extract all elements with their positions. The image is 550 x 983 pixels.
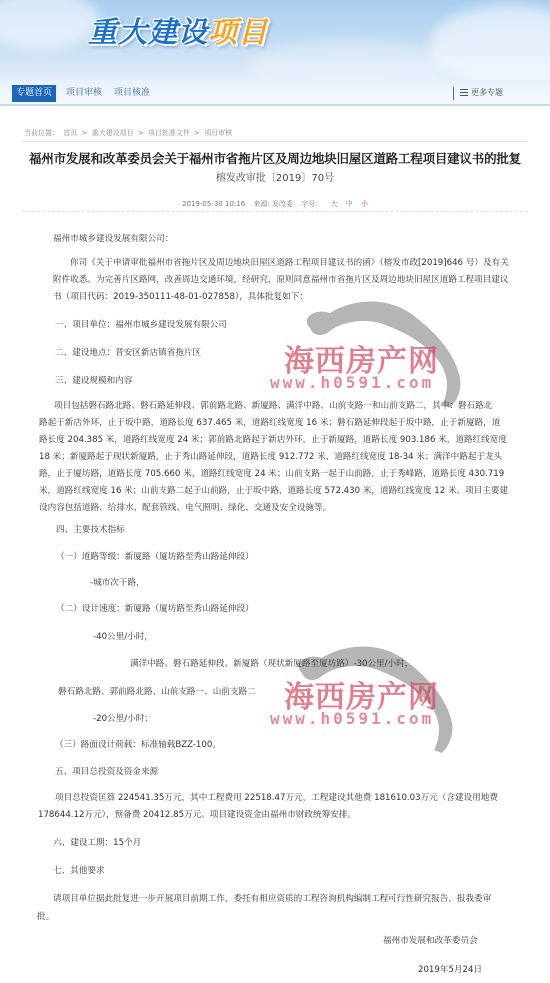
- logo-text-part1: 重大建设: [88, 15, 208, 49]
- font-size-label: 字号：: [301, 200, 322, 208]
- intro-line-1: 你司《关于申请审批福州市省拖片区及周边地块旧屋区道路工程项目建议书的函》（榕发市…: [70, 255, 509, 272]
- watermark-house-icon: [262, 628, 462, 758]
- section-scope-heading: 三、建设规模和内容: [55, 373, 132, 390]
- tech-design-speed-value: -40公里/小时，: [93, 629, 153, 646]
- scope-line-1: 项目包括磐石路北路、磐石路延伸段、郭前路北路、新厦路、满洋中路、山前支路一和山前…: [54, 398, 492, 415]
- breadcrumb-divider: [22, 141, 528, 142]
- section-investment-heading: 五、项目总投资及资金来源: [55, 764, 158, 781]
- nav-item-topic-home[interactable]: 专题首页: [12, 85, 56, 102]
- scope-line-6: 米，道路红线宽度 16 米；山前支路二起于山前路，止于坂中路，道路长度 572.…: [39, 483, 508, 500]
- tech-design-speed: （二）设计速度：新厦路（厦坊路至秀山路延伸段）: [56, 601, 254, 618]
- publish-datetime: 2019-05-30 10:16: [182, 200, 245, 208]
- investment-line-1: 项目总投资匡算 224541.35万元，其中工程费用 22518.47万元，工程…: [55, 790, 498, 807]
- tech-design-speed-value3: -20公里/小时；: [93, 711, 153, 728]
- menu-icon: [460, 89, 468, 96]
- breadcrumb-project-review[interactable]: 项目审核: [204, 129, 232, 137]
- scope-line-4: 18 米；新厦路起于现状新厦路，止于秀山路延伸段，道路长度 912.772 米，…: [39, 449, 502, 466]
- font-size-small[interactable]: 小: [361, 200, 368, 208]
- font-size-medium[interactable]: 中: [346, 200, 353, 208]
- tech-design-speed-line3: 磐石路北路、郭前路北路、山前支路一、山前支路二: [58, 684, 256, 701]
- meta-divider: [22, 211, 528, 212]
- requirement-line-1: 请项目单位据此批复进一步开展项目前期工作，委托有相应资质的工程咨询机构编制工程可…: [53, 891, 491, 908]
- nav-item-project-approval[interactable]: 项目核准: [110, 85, 154, 102]
- addressee: 福州市城乡建设发展有限公司：: [53, 231, 173, 248]
- scope-line-7: 设内容包括道路、给排水、配套管线、电气照明、绿化、交通及安全设施等。: [39, 500, 331, 517]
- signature-organization: 福州市发展和改革委员会: [383, 933, 478, 950]
- more-topics-button[interactable]: 更多专题: [460, 86, 503, 100]
- tech-design-speed-line2: 满洋中路、磐石路延伸段、新厦路（现状新厦路至厦坊路）-30公里/小时，: [130, 656, 413, 673]
- site-logo[interactable]: 重大建设项目: [88, 14, 268, 50]
- watermark-url: www.h0591.com: [270, 373, 434, 392]
- article-source: 来源: 发改委: [253, 200, 293, 208]
- section-other-requirements: 七、其他要求: [53, 863, 105, 880]
- breadcrumb-separator: >: [194, 129, 200, 137]
- scope-line-2: 路起于新店外环，止于坂中路，道路长度 637.465 米，道路红线宽度 16 米…: [39, 415, 500, 432]
- breadcrumb-major-projects[interactable]: 重大建设项目: [92, 129, 134, 137]
- watermark-url: www.h0591.com: [270, 709, 434, 728]
- logo-text-part2: 项目: [208, 15, 268, 49]
- cloud-decoration: [250, 40, 450, 80]
- article-title: 福州市发展和改革委员会关于福州市省拖片区及周边地块旧屋区道路工程项目建议书的批复: [0, 149, 550, 167]
- investment-line-2: 178644.12万元），预备费 20412.85万元。项目建设资金由福州市财政…: [38, 807, 356, 824]
- tech-pavement-load: （三）路面设计荷载：标准轴载BZZ-100。: [55, 737, 221, 754]
- breadcrumb: 当前位置： 首页 > 重大建设项目 > 项目批准文件 > 项目审核: [24, 128, 234, 138]
- section-project-unit: 一、项目单位：福州市城乡建设发展有限公司: [55, 317, 227, 334]
- more-topics-label: 更多专题: [471, 88, 503, 97]
- scope-line-5: 路，止于厦坊路，道路长度 705.660 米，道路红线宽度 24 米；山前支路一…: [39, 466, 504, 483]
- watermark-site-name: 海西房产网: [284, 672, 439, 716]
- tech-road-grade: （一）道路等级：新厦路（厦坊路至秀山路延伸段）: [56, 549, 254, 566]
- nav-item-project-review[interactable]: 项目审核: [62, 85, 106, 102]
- breadcrumb-prefix: 当前位置：: [24, 129, 59, 137]
- section-construction-period: 六、建设工期：15个月: [53, 835, 141, 852]
- breadcrumb-separator: >: [81, 129, 87, 137]
- signature-date: 2019年5月24日: [418, 962, 482, 979]
- scope-line-3: 路长度 204.385 米，道路红线宽度 24 米；郭前路北路起于新店外环，止于…: [39, 432, 507, 449]
- cloud-decoration: [0, 0, 100, 50]
- tech-road-grade-value: -城市次干路，: [90, 575, 145, 592]
- header-banner: 重大建设项目: [0, 0, 550, 80]
- document-number: 榕发改审批〔2019〕70号: [0, 169, 550, 184]
- section-tech-heading: 四、主要技术指标: [56, 522, 125, 539]
- breadcrumb-approval-docs[interactable]: 项目批准文件: [148, 129, 190, 137]
- article-meta: 2019-05-30 10:16 来源: 发改委 字号： 大 中 小: [0, 199, 550, 209]
- section-location: 二、建设地点：晋安区新店镇省拖片区: [55, 345, 201, 362]
- requirement-line-2: 批。: [37, 909, 54, 926]
- watermark-site-name: 海西房产网: [284, 336, 439, 380]
- intro-line-2: 附件收悉。为完善片区路网，改善周边交通环境，经研究，原则同意福州市省拖片区及周边…: [53, 272, 508, 289]
- breadcrumb-home[interactable]: 首页: [63, 129, 77, 137]
- nav-divider: [453, 87, 454, 100]
- breadcrumb-separator: >: [138, 129, 144, 137]
- font-size-large[interactable]: 大: [330, 200, 337, 208]
- intro-line-3: 书（项目代码：2019-350111-48-01-027858），具体批复如下：: [53, 289, 308, 306]
- nav-bar: 专题首页 项目审核 项目核准 更多专题: [0, 80, 550, 106]
